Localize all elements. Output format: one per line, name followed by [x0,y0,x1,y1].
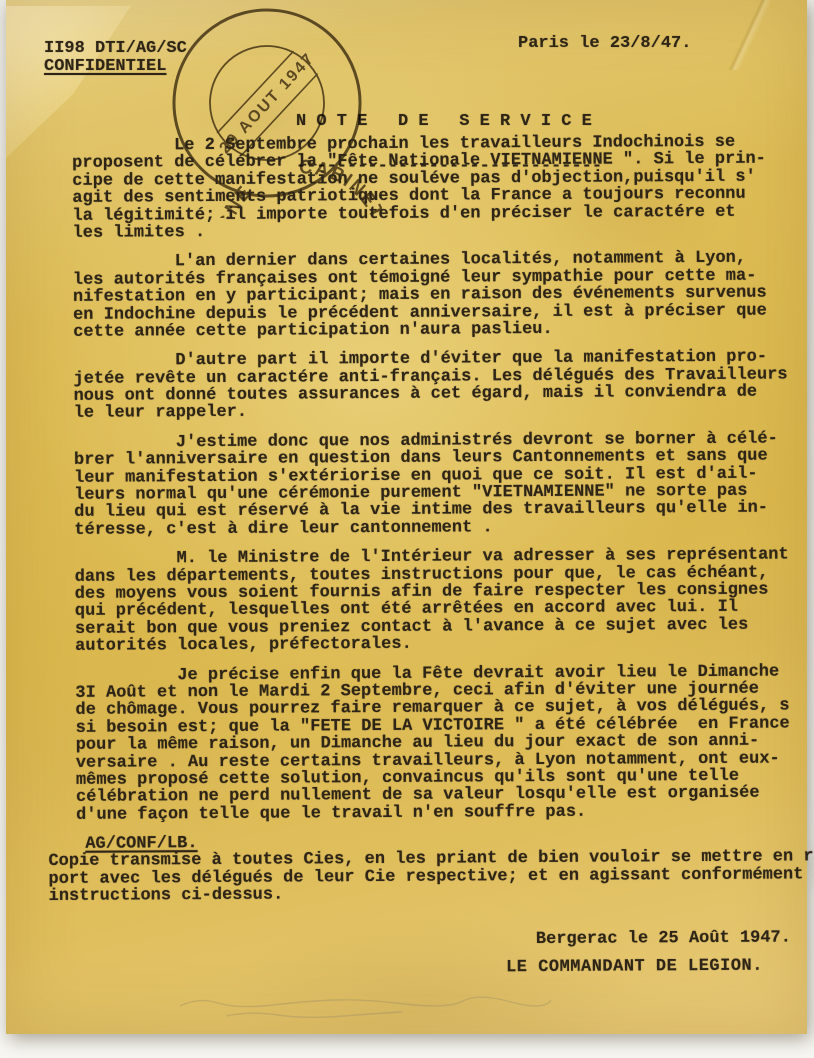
typed-content: Le 2 Septembre prochain les travailleurs… [44,133,814,979]
typed-line: téresse, c'est à dire leur cantonnement … [74,517,812,539]
place-date: Bergerac le 25 Août 1947. [536,929,814,948]
corner-crease [687,0,807,70]
typed-line: le leur rappeler. [74,401,812,423]
typed-line: autorités locales, préfectorales. [75,633,813,655]
paragraph-2: L'an dernier dans certaines localités, n… [45,250,812,342]
paragraph-4: J'estime donc que nos administrés devron… [46,430,813,539]
typed-line: cette année cette participation n'aura p… [73,319,811,341]
photo-background: II98 DTI/AG/SC CONFIDENTIEL Paris le 23/… [0,0,814,1058]
typed-line: les limites . [73,220,811,242]
faint-pencil-marks [166,986,596,1028]
classification-label: CONFIDENTIEL [44,58,166,76]
paragraph-1: Le 2 Septembre prochain les travailleurs… [44,133,811,242]
signatory: LE COMMANDANT DE LEGION. [506,957,814,976]
typed-line: d'une façon telle que le travail n'en so… [76,802,814,824]
typed-line: serait bon que vous preniez contact à l'… [75,616,813,638]
distribution-note: Copie transmise à toutes Cies, en les pr… [48,849,814,906]
typed-line: la légitimité; il importe toutefois d'en… [72,203,810,225]
paragraph-6: Je précise enfin que la Fête devrait avo… [47,663,814,824]
dateline: Paris le 23/8/47. [518,34,691,53]
paragraph-5: M. le Ministre de l'Intérieur va adresse… [47,547,814,656]
paragraph-3: D'autre part il importe d'éviter que la … [45,349,811,423]
typed-line: instructions ci-dessus. [49,884,814,906]
document-page: II98 DTI/AG/SC CONFIDENTIEL Paris le 23/… [6,0,807,1034]
